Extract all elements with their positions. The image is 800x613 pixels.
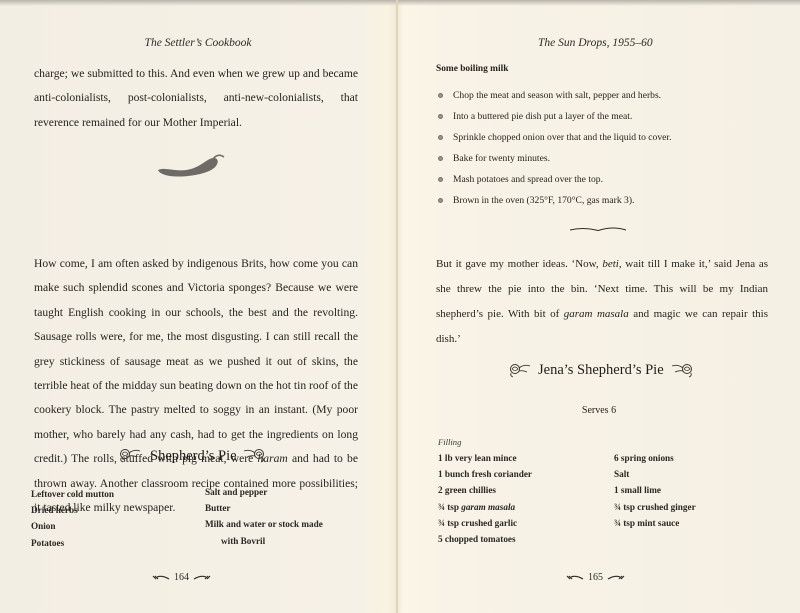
step-text: Into a buttered pie dish put a layer of … bbox=[453, 111, 632, 122]
method-step: Sprinkle chopped onion over that and the… bbox=[436, 127, 776, 148]
italic-word: garam masala bbox=[461, 502, 515, 512]
running-head-right: The Sun Drops, 1955–60 bbox=[538, 37, 653, 49]
ingredients-column-2: 6 spring onions Salt 1 small lime ¾ tsp … bbox=[614, 450, 696, 531]
bullet-icon bbox=[438, 114, 443, 119]
ingredient: ¾ tsp mint sauce bbox=[614, 515, 696, 531]
page-number-left: 164 bbox=[152, 572, 211, 583]
bullet-icon bbox=[438, 198, 443, 203]
ingredient: Milk and water or stock made bbox=[205, 516, 323, 532]
step-text: Chop the meat and season with salt, pepp… bbox=[453, 90, 661, 101]
method-step: Mash potatoes and spread over the top. bbox=[436, 169, 776, 190]
ingredient: with Bovril bbox=[205, 533, 323, 549]
ingredient: 2 green chillies bbox=[438, 482, 532, 498]
page-number: 164 bbox=[174, 572, 189, 583]
bullet-icon bbox=[438, 93, 443, 98]
filling-label: Filling bbox=[438, 437, 461, 447]
italic-word: garam masala bbox=[564, 308, 629, 320]
method-step: Bake for twenty minutes. bbox=[436, 148, 776, 169]
recipe-title: Shepherd’s Pie bbox=[150, 448, 237, 465]
bullet-icon bbox=[438, 177, 443, 182]
folio-flourish-icon bbox=[607, 574, 625, 582]
text-run: But it gave my mother ideas. ‘Now, bbox=[436, 258, 602, 270]
text-run: ¾ tsp bbox=[438, 502, 461, 512]
ingredient: Salt bbox=[614, 466, 696, 482]
step-text: Brown in the oven (325°F, 170°C, gas mar… bbox=[453, 195, 634, 206]
text-run: How come, I am often asked by indigenous… bbox=[34, 257, 358, 465]
folio-flourish-icon bbox=[152, 574, 170, 582]
ingredients-column-2: Salt and pepper Butter Milk and water or… bbox=[205, 484, 323, 549]
running-head-left: The Settler’s Cookbook bbox=[0, 37, 396, 49]
rose-ornament-icon bbox=[670, 362, 694, 378]
recipe-title: Jena’s Shepherd’s Pie bbox=[538, 362, 664, 379]
ingredient: Leftover cold mutton bbox=[31, 486, 114, 502]
method-step: Into a buttered pie dish put a layer of … bbox=[436, 106, 776, 127]
italic-word: beti bbox=[602, 258, 619, 270]
ingredient: 5 chopped tomatoes bbox=[438, 531, 532, 547]
ingredient: 1 lb very lean mince bbox=[438, 450, 532, 466]
right-paragraph: But it gave my mother ideas. ‘Now, beti,… bbox=[436, 252, 768, 352]
right-page: The Sun Drops, 1955–60 Some boiling milk… bbox=[398, 0, 800, 613]
ingredient-extra: Some boiling milk bbox=[436, 64, 508, 74]
page-number-right: 165 bbox=[566, 572, 625, 583]
folio-flourish-icon bbox=[566, 574, 584, 582]
ingredient: 6 spring onions bbox=[614, 450, 696, 466]
ingredients-column-1: 1 lb very lean mince 1 bunch fresh coria… bbox=[438, 450, 532, 547]
ingredient: ¾ tsp crushed ginger bbox=[614, 499, 696, 515]
section-divider-swash-icon bbox=[568, 224, 628, 234]
rose-ornament-icon bbox=[508, 362, 532, 378]
method-steps: Chop the meat and season with salt, pepp… bbox=[436, 85, 776, 211]
ingredient: Salt and pepper bbox=[205, 484, 323, 500]
method-step: Brown in the oven (325°F, 170°C, gas mar… bbox=[436, 190, 776, 211]
chili-pepper-icon bbox=[156, 152, 228, 178]
ingredient: ¾ tsp crushed garlic bbox=[438, 515, 532, 531]
step-text: Bake for twenty minutes. bbox=[453, 153, 550, 164]
left-paragraph-1: charge; we submitted to this. And even w… bbox=[34, 62, 358, 135]
paragraph-text: How come, I am often asked by indigenous… bbox=[34, 252, 358, 520]
page-number: 165 bbox=[588, 572, 603, 583]
left-page: The Settler’s Cookbook charge; we submit… bbox=[0, 0, 396, 613]
step-text: Mash potatoes and spread over the top. bbox=[453, 174, 603, 185]
rose-ornament-icon bbox=[118, 447, 142, 463]
ingredient: Potatoes bbox=[31, 535, 114, 551]
rose-ornament-icon bbox=[242, 447, 266, 463]
left-paragraph-2: How come, I am often asked by indigenous… bbox=[34, 252, 358, 520]
ingredient: ¾ tsp garam masala bbox=[438, 499, 532, 515]
folio-flourish-icon bbox=[193, 574, 211, 582]
bullet-icon bbox=[438, 135, 443, 140]
ingredient: 1 small lime bbox=[614, 482, 696, 498]
step-text: Sprinkle chopped onion over that and the… bbox=[453, 132, 671, 143]
method-step: Chop the meat and season with salt, pepp… bbox=[436, 85, 776, 106]
bullet-icon bbox=[438, 156, 443, 161]
ingredient: Dried herbs bbox=[31, 502, 114, 518]
paragraph-text: charge; we submitted to this. And even w… bbox=[34, 62, 358, 135]
serves-label: Serves 6 bbox=[398, 405, 800, 416]
ingredients-column-1: Leftover cold mutton Dried herbs Onion P… bbox=[31, 486, 114, 551]
ingredient: Butter bbox=[205, 500, 323, 516]
ingredient: Onion bbox=[31, 518, 114, 534]
ingredient: 1 bunch fresh coriander bbox=[438, 466, 532, 482]
paragraph-text: But it gave my mother ideas. ‘Now, beti,… bbox=[436, 252, 768, 352]
